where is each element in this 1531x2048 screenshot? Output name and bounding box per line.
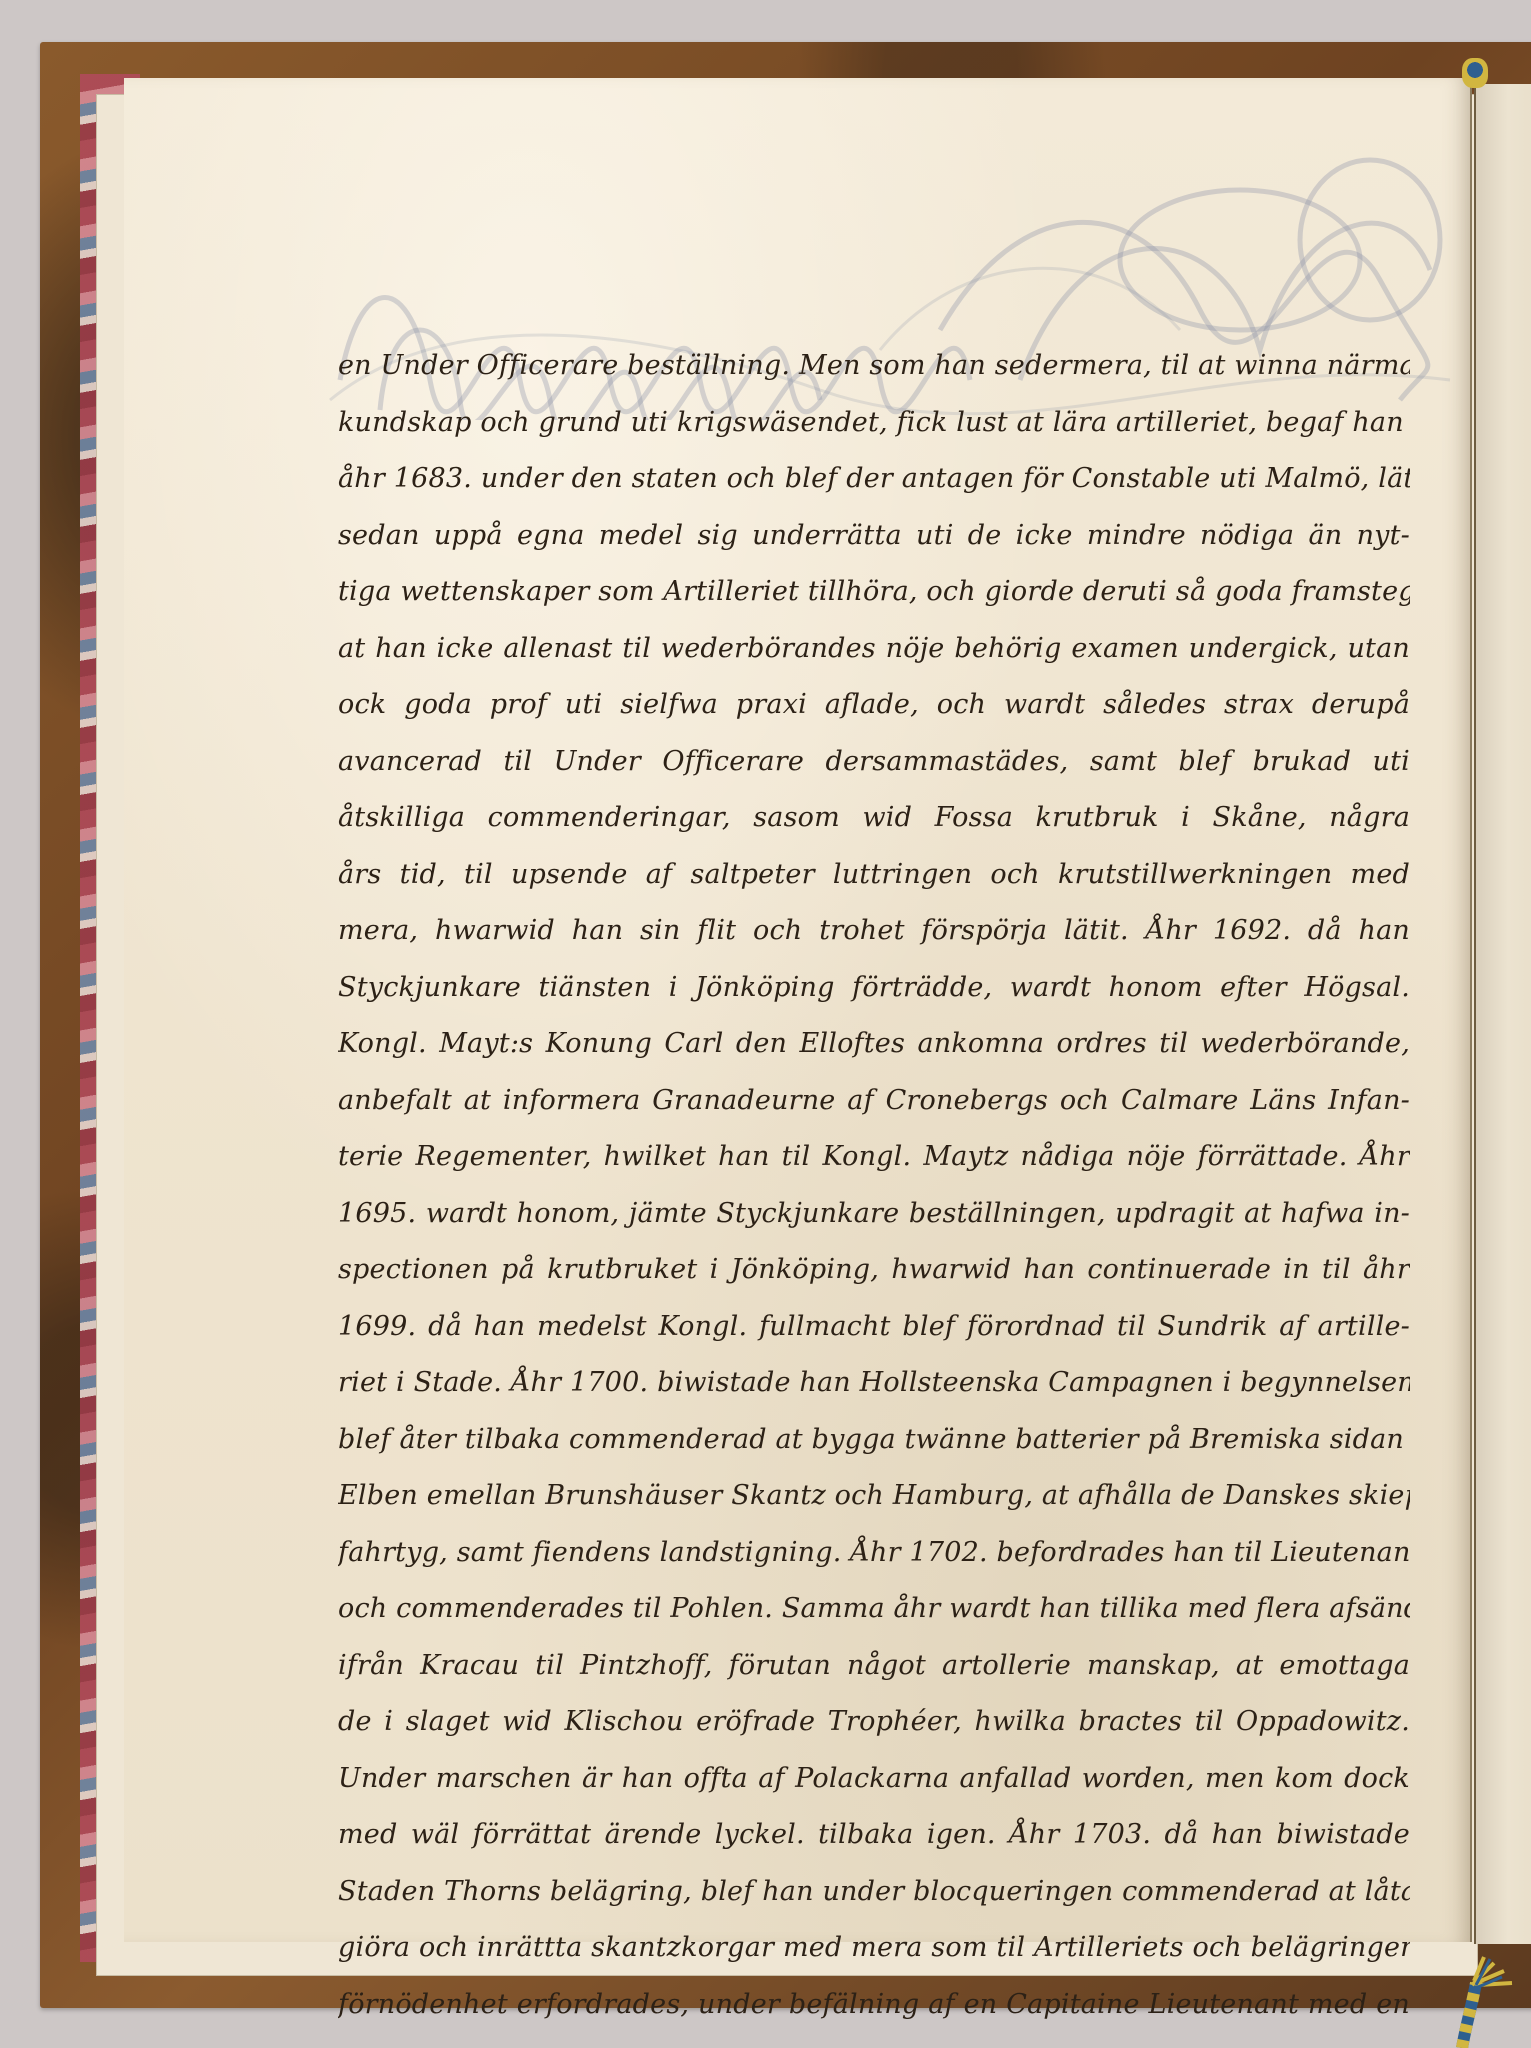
text-line: Elben emellan Brunshäuser Skantz och Ham…: [338, 1468, 1410, 1525]
text-line: giöra och inrättta skantzkorgar med mera…: [338, 1920, 1410, 1977]
text-line: åtskilliga commenderingar, sasom wid Fos…: [338, 790, 1410, 847]
text-line: Styckjunkare tiänsten i Jönköping förträ…: [338, 960, 1410, 1017]
text-line: kundskap och grund uti krigswäsendet, fi…: [338, 395, 1410, 452]
text-line: avancerad til Under Officerare dersammas…: [338, 734, 1410, 791]
bookmark-tassel-top: [1462, 58, 1488, 88]
text-line: åhr 1683. under den staten och blef der …: [338, 451, 1410, 508]
facing-page: [1474, 84, 1531, 1944]
text-line: och commenderades til Pohlen. Samma åhr …: [338, 1581, 1410, 1638]
text-line: sedan uppå egna medel sig underrätta uti…: [338, 508, 1410, 565]
text-line: tiga wettenskaper som Artilleriet tillhö…: [338, 564, 1410, 621]
text-line: 1695. wardt honom, jämte Styckjunkare be…: [338, 1186, 1410, 1243]
text-line: års tid, til upsende af saltpeter luttri…: [338, 847, 1410, 904]
manuscript-text: en Under Officerare beställning. Men som…: [338, 338, 1410, 2033]
text-line: riet i Stade. Åhr 1700. biwistade han Ho…: [338, 1355, 1410, 1412]
text-line: terie Regementer, hwilket han til Kongl.…: [338, 1129, 1410, 1186]
text-line: at han icke allenast til wederbörandes n…: [338, 621, 1410, 678]
text-line: fahrtyg, samt fiendens landstigning. Åhr…: [338, 1525, 1410, 1582]
text-line: förnödenhet erfordrades, under befälning…: [338, 1977, 1410, 2034]
text-line: spectionen på krutbruket i Jönköping, hw…: [338, 1242, 1410, 1299]
bookmark-tassel-icon: [1432, 1955, 1522, 2048]
text-line: 1699. då han medelst Kongl. fullmacht bl…: [338, 1299, 1410, 1356]
text-line: med wäl förrättat ärende lyckel. tilbaka…: [338, 1807, 1410, 1864]
text-line: de i slaget wid Klischou eröfrade Trophé…: [338, 1694, 1410, 1751]
text-line: anbefalt at informera Granadeurne af Cro…: [338, 1073, 1410, 1130]
text-line: ock goda prof uti sielfwa praxi aflade, …: [338, 677, 1410, 734]
text-line: Under marschen är han offta af Polackarn…: [338, 1751, 1410, 1808]
text-line: Kongl. Mayt:s Konung Carl den Elloftes a…: [338, 1016, 1410, 1073]
text-line: Staden Thorns belägring, blef han under …: [338, 1864, 1410, 1921]
text-line: ifrån Kracau til Pintzhoff, förutan någo…: [338, 1638, 1410, 1695]
text-line: en Under Officerare beställning. Men som…: [338, 338, 1410, 395]
text-line: mera, hwarwid han sin flit och trohet fö…: [338, 903, 1410, 960]
text-line: blef åter tilbaka commenderad at bygga t…: [338, 1412, 1410, 1469]
